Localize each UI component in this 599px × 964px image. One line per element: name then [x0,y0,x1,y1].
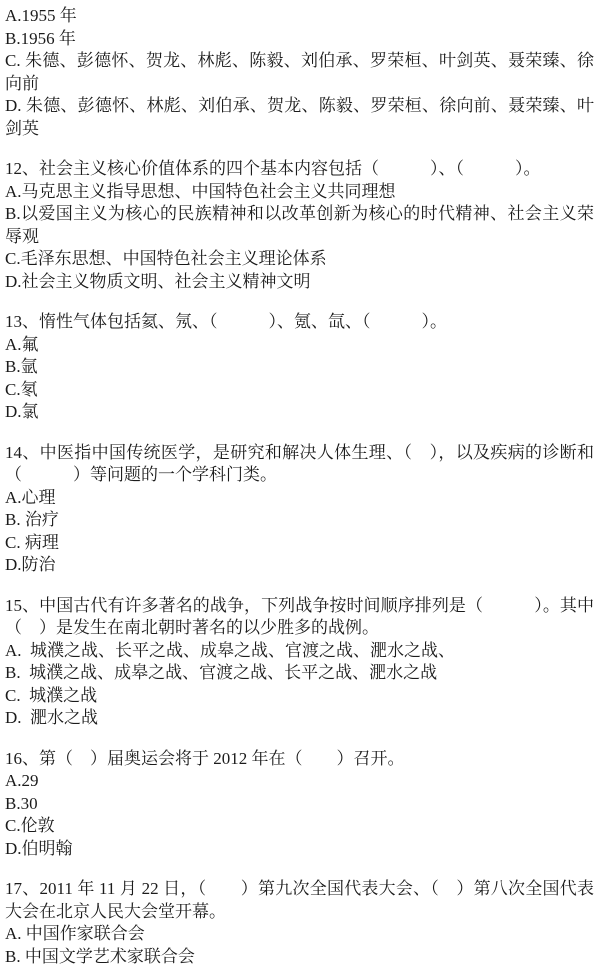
option-line: C.氡 [5,379,594,402]
option-line: D.防治 [5,554,594,577]
option-line: A.1955 年 [5,5,594,28]
option-line: C.毛泽东思想、中国特色社会主义理论体系 [5,248,594,271]
option-line: B. 治疗 [5,509,594,532]
question-12-block: 12、社会主义核心价值体系的四个基本内容包括（ ）、（ ）。 A.马克思主义指导… [5,158,594,293]
option-line: A.心理 [5,487,594,510]
option-line: D. 朱德、彭德怀、林彪、刘伯承、贺龙、陈毅、罗荣桓、徐向前、聂荣臻、叶剑英 [5,95,594,140]
option-line: C. 朱德、彭德怀、贺龙、林彪、陈毅、刘伯承、罗荣桓、叶剑英、聂荣臻、徐向前 [5,50,594,95]
question-16-block: 16、第（ ）届奥运会将于 2012 年在（ ）召开。 A.29 B.30 C.… [5,748,594,861]
question-17-block: 17、2011 年 11 月 22 日，（ ）第九次全国代表大会、（ ）第八次全… [5,878,594,964]
option-line: A.氟 [5,334,594,357]
option-line: C. 病理 [5,532,594,555]
option-line: A. 中国作家联合会 [5,923,594,946]
question-13-block: 13、惰性气体包括氦、氖、（ ）、氪、氙、（ ）。 A.氟 B.氩 C.氡 D.… [5,311,594,424]
question-14-block: 14、中医指中国传统医学，是研究和解决人体生理、（ ），以及疾病的诊断和（ ）等… [5,442,594,577]
option-line: C. 城濮之战 [5,685,594,708]
option-line: D.社会主义物质文明、社会主义精神文明 [5,271,594,294]
option-line: B. 中国文学艺术家联合会 [5,946,594,964]
exam-document: A.1955 年 B.1956 年 C. 朱德、彭德怀、贺龙、林彪、陈毅、刘伯承… [0,0,599,964]
option-line: B.氩 [5,356,594,379]
option-line: D. 淝水之战 [5,707,594,730]
option-line: B. 城濮之战、成皋之战、官渡之战、长平之战、淝水之战 [5,662,594,685]
question-stem: 13、惰性气体包括氦、氖、（ ）、氪、氙、（ ）。 [5,311,594,334]
option-line: A.马克思主义指导思想、中国特色社会主义共同理想 [5,181,594,204]
option-line: A.29 [5,770,594,793]
question-stem: 14、中医指中国传统医学，是研究和解决人体生理、（ ），以及疾病的诊断和（ ）等… [5,442,594,487]
question-15-block: 15、中国古代有许多著名的战争，下列战争按时间顺序排列是（ ）。其中（ ）是发生… [5,595,594,730]
option-line: C.伦敦 [5,815,594,838]
question-stem: 12、社会主义核心价值体系的四个基本内容包括（ ）、（ ）。 [5,158,594,181]
question-11-options-block: A.1955 年 B.1956 年 C. 朱德、彭德怀、贺龙、林彪、陈毅、刘伯承… [5,5,594,140]
option-line: D.氯 [5,401,594,424]
question-stem: 15、中国古代有许多著名的战争，下列战争按时间顺序排列是（ ）。其中（ ）是发生… [5,595,594,640]
option-line: B.1956 年 [5,28,594,51]
question-stem: 16、第（ ）届奥运会将于 2012 年在（ ）召开。 [5,748,594,771]
option-line: B.以爱国主义为核心的民族精神和以改革创新为核心的时代精神、社会主义荣辱观 [5,203,594,248]
exam-page-body: { "document": { "type": "scanned-exam-mu… [0,0,599,964]
option-line: B.30 [5,793,594,816]
option-line: A. 城濮之战、长平之战、成皋之战、官渡之战、淝水之战、 [5,640,594,663]
option-line: D.伯明翰 [5,838,594,861]
question-stem: 17、2011 年 11 月 22 日，（ ）第九次全国代表大会、（ ）第八次全… [5,878,594,923]
